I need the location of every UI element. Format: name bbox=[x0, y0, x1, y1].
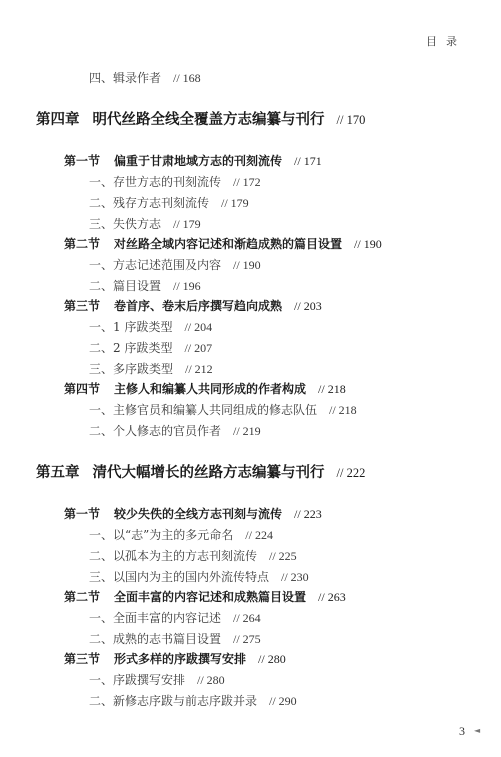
toc-item[interactable]: 一、方志记述范围及内容// 190 bbox=[89, 259, 261, 271]
section-title: 卷首序、卷末后序撰写趋向成熟 bbox=[114, 299, 282, 313]
page-reference: // 179 bbox=[221, 196, 249, 210]
section-title: 较少失佚的全线方志刊刻与流传 bbox=[114, 507, 282, 521]
page-reference: // 280 bbox=[197, 673, 225, 687]
toc-item[interactable]: 二、个人修志的官员作者// 219 bbox=[89, 425, 261, 437]
toc-item[interactable]: 一、存世方志的刊刻流传// 172 bbox=[89, 176, 261, 188]
section-number: 第一节 bbox=[64, 154, 100, 168]
page-reference: // 223 bbox=[294, 507, 322, 521]
chapter-title: 明代丝路全线全覆盖方志编纂与刊行 bbox=[93, 111, 325, 128]
page-reference: // 212 bbox=[185, 362, 213, 376]
item-title: 二、新修志序跋与前志序跋并录 bbox=[89, 694, 257, 708]
toc-section[interactable]: 第二节对丝路全域内容记述和渐趋成熟的篇目设置// 190 bbox=[64, 238, 382, 250]
item-title: 一、序跋撰写安排 bbox=[89, 673, 185, 687]
section-number: 第二节 bbox=[64, 590, 100, 604]
toc-item[interactable]: 三、多序跋类型// 212 bbox=[89, 363, 213, 375]
chapter-number: 第五章 bbox=[36, 464, 80, 481]
page-reference: // 222 bbox=[337, 466, 366, 480]
page-reference: // 190 bbox=[233, 258, 261, 272]
page-reference: // 264 bbox=[233, 611, 261, 625]
toc-item[interactable]: 一、全面丰富的内容记述// 264 bbox=[89, 612, 261, 624]
toc-item[interactable]: 二、残存方志刊刻流传// 179 bbox=[89, 197, 249, 209]
toc-chapter[interactable]: 第四章明代丝路全线全覆盖方志编纂与刊行// 170 bbox=[36, 113, 365, 128]
section-number: 第二节 bbox=[64, 237, 100, 251]
section-number: 第一节 bbox=[64, 507, 100, 521]
item-title: 一、方志记述范围及内容 bbox=[89, 258, 221, 272]
running-head-title: 目录 bbox=[426, 33, 466, 49]
item-title: 一、以“志”为主的多元命名 bbox=[89, 528, 233, 542]
toc-item[interactable]: 四、辑录作者// 168 bbox=[89, 72, 201, 84]
page-reference: // 170 bbox=[337, 113, 366, 127]
page-reference: // 207 bbox=[184, 341, 212, 355]
page-number: 3 bbox=[459, 724, 465, 739]
toc-section[interactable]: 第二节全面丰富的内容记述和成熟篇目设置// 263 bbox=[64, 591, 346, 603]
section-title: 全面丰富的内容记述和成熟篇目设置 bbox=[114, 590, 306, 604]
toc-item[interactable]: 二、新修志序跋与前志序跋并录// 290 bbox=[89, 695, 297, 707]
item-title: 二、个人修志的官员作者 bbox=[89, 424, 221, 438]
chapter-number: 第四章 bbox=[36, 111, 80, 128]
item-title: 一、1 序跋类型 bbox=[89, 320, 172, 334]
page-reference: // 179 bbox=[173, 217, 201, 231]
toc-section[interactable]: 第一节较少失佚的全线方志刊刻与流传// 223 bbox=[64, 508, 322, 520]
page-reference: // 171 bbox=[294, 154, 322, 168]
item-title: 一、存世方志的刊刻流传 bbox=[89, 175, 221, 189]
toc-item[interactable]: 一、序跋撰写安排// 280 bbox=[89, 674, 225, 686]
toc-item[interactable]: 一、1 序跋类型// 204 bbox=[89, 321, 212, 333]
page-reference: // 203 bbox=[294, 299, 322, 313]
item-title: 四、辑录作者 bbox=[89, 71, 161, 85]
page-reference: // 225 bbox=[269, 549, 297, 563]
page-reference: // 190 bbox=[354, 237, 382, 251]
page-reference: // 290 bbox=[269, 694, 297, 708]
toc-section[interactable]: 第三节形式多样的序跋撰写安排// 280 bbox=[64, 653, 286, 665]
toc-item[interactable]: 一、主修官员和编纂人共同组成的修志队伍// 218 bbox=[89, 404, 357, 416]
toc-item[interactable]: 二、2 序跋类型// 207 bbox=[89, 342, 212, 354]
toc-item[interactable]: 三、以国内为主的国内外流传特点// 230 bbox=[89, 571, 309, 583]
page-reference: // 280 bbox=[258, 652, 286, 666]
page-reference: // 218 bbox=[329, 403, 357, 417]
section-number: 第四节 bbox=[64, 382, 100, 396]
toc-item[interactable]: 二、以孤本为主的方志刊刻流传// 225 bbox=[89, 550, 297, 562]
toc-section[interactable]: 第四节主修人和编纂人共同形成的作者构成// 218 bbox=[64, 383, 346, 395]
toc-section[interactable]: 第一节偏重于甘肃地域方志的刊刻流传// 171 bbox=[64, 155, 322, 167]
item-title: 一、全面丰富的内容记述 bbox=[89, 611, 221, 625]
item-title: 一、主修官员和编纂人共同组成的修志队伍 bbox=[89, 403, 317, 417]
page-reference: // 218 bbox=[318, 382, 346, 396]
section-number: 第三节 bbox=[64, 299, 100, 313]
toc-section[interactable]: 第三节卷首序、卷末后序撰写趋向成熟// 203 bbox=[64, 300, 322, 312]
page-reference: // 172 bbox=[233, 175, 261, 189]
toc-item[interactable]: 二、篇目设置// 196 bbox=[89, 280, 201, 292]
section-title: 偏重于甘肃地域方志的刊刻流传 bbox=[114, 154, 282, 168]
page-reference: // 196 bbox=[173, 279, 201, 293]
section-title: 主修人和编纂人共同形成的作者构成 bbox=[114, 382, 306, 396]
toc-item[interactable]: 三、失佚方志// 179 bbox=[89, 218, 201, 230]
page-reference: // 275 bbox=[233, 632, 261, 646]
item-title: 二、成熟的志书篇目设置 bbox=[89, 632, 221, 646]
page-reference: // 263 bbox=[318, 590, 346, 604]
page-marker-triangle-icon: ◄ bbox=[474, 726, 480, 735]
item-title: 三、失佚方志 bbox=[89, 217, 161, 231]
item-title: 二、篇目设置 bbox=[89, 279, 161, 293]
chapter-title: 清代大幅增长的丝路方志编纂与刊行 bbox=[93, 464, 325, 481]
section-number: 第三节 bbox=[64, 652, 100, 666]
page-reference: // 230 bbox=[281, 570, 309, 584]
page-reference: // 204 bbox=[184, 320, 212, 334]
section-title: 对丝路全域内容记述和渐趋成熟的篇目设置 bbox=[114, 237, 342, 251]
item-title: 二、以孤本为主的方志刊刻流传 bbox=[89, 549, 257, 563]
page-reference: // 219 bbox=[233, 424, 261, 438]
item-title: 三、多序跋类型 bbox=[89, 362, 173, 376]
item-title: 二、残存方志刊刻流传 bbox=[89, 196, 209, 210]
page-reference: // 168 bbox=[173, 71, 201, 85]
item-title: 三、以国内为主的国内外流传特点 bbox=[89, 570, 269, 584]
item-title: 二、2 序跋类型 bbox=[89, 341, 172, 355]
toc-item[interactable]: 二、成熟的志书篇目设置// 275 bbox=[89, 633, 261, 645]
section-title: 形式多样的序跋撰写安排 bbox=[114, 652, 246, 666]
page-reference: // 224 bbox=[245, 528, 273, 542]
toc-chapter[interactable]: 第五章清代大幅增长的丝路方志编纂与刊行// 222 bbox=[36, 466, 365, 481]
toc-item[interactable]: 一、以“志”为主的多元命名// 224 bbox=[89, 529, 273, 541]
